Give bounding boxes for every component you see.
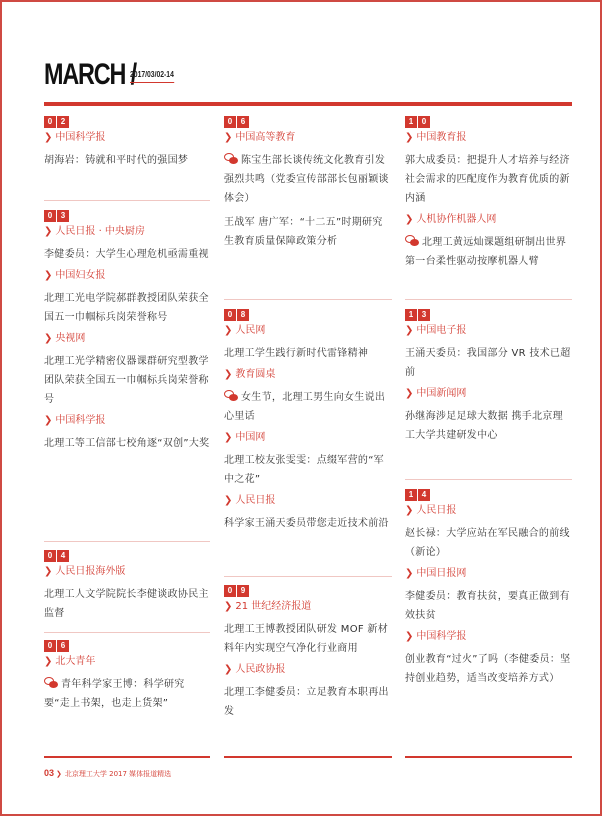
date-digit: 0 xyxy=(224,116,236,128)
date-digit: 0 xyxy=(44,210,56,222)
date-digit: 2 xyxy=(57,116,69,128)
source-link[interactable]: ❯中国科学报 xyxy=(44,414,210,428)
source-link[interactable]: ❯中国新闻网 xyxy=(405,387,572,401)
entry-day-10: 10 ❯中国教育报 郭大成委员：把提升人才培养与经济社会需求的匹配度作为教育优质… xyxy=(405,116,572,276)
headline-link[interactable]: 北理工李健委员：立足教育本职再出发 xyxy=(224,683,392,721)
headline-link[interactable]: 孙继海涉足足球大数据 携手北京理工大学共建研发中心 xyxy=(405,407,572,445)
chevron-right-icon: ❯ xyxy=(405,132,413,143)
source-name: 中国日报网 xyxy=(416,568,466,579)
wechat-icon xyxy=(405,235,419,246)
date-badge: 06 xyxy=(224,116,392,128)
wechat-icon xyxy=(44,677,58,688)
headline-link[interactable]: 王涌天委员：我国部分 VR 技术已超前 xyxy=(405,344,572,382)
date-digit: 0 xyxy=(224,309,236,321)
source-name: 中国妇女报 xyxy=(55,270,105,281)
chevron-right-icon: ❯ xyxy=(44,415,52,426)
source-name: 人民日报 xyxy=(235,495,275,506)
chevron-right-icon: ❯ xyxy=(405,568,413,579)
date-digit: 0 xyxy=(44,116,56,128)
source-link[interactable]: ❯中国科学报 xyxy=(405,630,572,644)
source-link[interactable]: ❯人机协作机器人网 xyxy=(405,213,572,227)
date-digit: 3 xyxy=(57,210,69,222)
chevron-right-icon: ❯ xyxy=(224,495,232,506)
headline-link[interactable]: 王战军 唐广军：“十二五”时期研究生教育质量保障政策分析 xyxy=(224,213,392,251)
wechat-icon xyxy=(224,153,238,164)
headline-link[interactable]: 赵长禄：大学应站在军民融合的前线（新论） xyxy=(405,524,572,562)
chevron-right-icon: ❯ xyxy=(44,566,52,577)
divider xyxy=(224,576,392,577)
source-link[interactable]: ❯央视网 xyxy=(44,332,210,346)
headline-link[interactable]: 郭大成委员：把提升人才培养与经济社会需求的匹配度作为教育优质的新内涵 xyxy=(405,151,572,208)
date-digit: 1 xyxy=(405,116,417,128)
source-name: 中国新闻网 xyxy=(416,388,466,399)
source-link[interactable]: ❯人民日报 xyxy=(224,494,392,508)
chevron-right-icon: ❯ xyxy=(56,770,62,778)
entry-day-14: 14 ❯人民日报 赵长禄：大学应站在军民融合的前线（新论） ❯中国日报网 李健委… xyxy=(405,489,572,693)
headline-link[interactable]: 李健委员：教育扶贫，要真正做到有效扶贫 xyxy=(405,587,572,625)
source-name: 中国高等教育 xyxy=(235,132,295,143)
divider xyxy=(405,479,572,480)
headline-link[interactable]: 科学家王涌天委员带您走近技术前沿 xyxy=(224,514,392,533)
chevron-right-icon: ❯ xyxy=(224,132,232,143)
month-title: MARCH / xyxy=(44,58,136,92)
source-link[interactable]: ❯中国电子报 xyxy=(405,324,572,338)
headline-text: 北理工黄远灿课题组研制出世界第一台柔性驱动按摩机器人臂 xyxy=(405,237,566,267)
chevron-right-icon: ❯ xyxy=(405,214,413,225)
source-name: 人机协作机器人网 xyxy=(416,214,496,225)
source-name: 21 世纪经济报道 xyxy=(235,601,311,612)
source-name: 中国教育报 xyxy=(416,132,466,143)
date-digit: 6 xyxy=(237,116,249,128)
column-3-bottom-rule xyxy=(405,756,572,758)
column-2-bottom-rule xyxy=(224,756,392,758)
column-3: 10 ❯中国教育报 郭大成委员：把提升人才培养与经济社会需求的匹配度作为教育优质… xyxy=(405,116,572,746)
entry-day-03: 03 ❯人民日报 · 中央厨房 李健委员：大学生心理危机亟需重视 ❯中国妇女报 … xyxy=(44,210,210,458)
source-link[interactable]: ❯人民政协报 xyxy=(224,663,392,677)
source-name: 中国网 xyxy=(235,432,265,443)
chevron-right-icon: ❯ xyxy=(44,270,52,281)
date-digit: 0 xyxy=(44,640,56,652)
page-footer: 03❯北京理工大学 2017 媒体报道精选 xyxy=(44,768,171,779)
date-digit: 3 xyxy=(418,309,430,321)
chevron-right-icon: ❯ xyxy=(44,333,52,344)
date-badge: 13 xyxy=(405,309,572,321)
chevron-right-icon: ❯ xyxy=(224,664,232,675)
date-digit: 4 xyxy=(57,550,69,562)
chevron-right-icon: ❯ xyxy=(44,226,52,237)
source-name: 人民日报 xyxy=(416,505,456,516)
date-badge: 06 xyxy=(44,640,210,652)
source-name: 中国科学报 xyxy=(55,132,105,143)
headline-link[interactable]: 李健委员：大学生心理危机亟需重视 xyxy=(44,245,210,264)
source-name: 央视网 xyxy=(55,333,85,344)
date-digit: 0 xyxy=(418,116,430,128)
date-digit: 6 xyxy=(57,640,69,652)
source-link[interactable]: ❯中国高等教育 xyxy=(224,131,392,145)
source-link[interactable]: ❯21 世纪经济报道 xyxy=(224,600,392,614)
headline-link[interactable]: 创业教育“过火”了吗（李健委员：坚持创业趋势，适当改变培养方式） xyxy=(405,650,572,688)
column-1: 02 ❯中国科学报 胡海岩：铸就和平时代的强国梦 03 ❯人民日报 · 中央厨房… xyxy=(44,116,210,746)
divider xyxy=(224,299,392,300)
source-name: 北大青年 xyxy=(55,656,95,667)
date-badge: 03 xyxy=(44,210,210,222)
source-link[interactable]: ❯北大青年 xyxy=(44,655,210,669)
entry-day-06: 06 ❯中国高等教育 陈宝生部长谈传统文化教育引发强烈共鸣（党委宣传部部长包丽颖… xyxy=(224,116,392,256)
divider xyxy=(44,200,210,201)
source-link[interactable]: ❯人民日报 · 中央厨房 xyxy=(44,225,210,239)
chevron-right-icon: ❯ xyxy=(224,325,232,336)
source-name: 中国电子报 xyxy=(416,325,466,336)
divider xyxy=(405,299,572,300)
date-badge: 09 xyxy=(224,585,392,597)
page-number: 03 xyxy=(44,768,54,778)
chevron-right-icon: ❯ xyxy=(224,432,232,443)
chevron-right-icon: ❯ xyxy=(405,631,413,642)
chevron-right-icon: ❯ xyxy=(405,505,413,516)
date-badge: 08 xyxy=(224,309,392,321)
headline-link[interactable]: 北理工王博教授团队研发 MOF 新材料年内实现空气净化行业商用 xyxy=(224,620,392,658)
source-link[interactable]: ❯人民日报 xyxy=(405,504,572,518)
headline-link[interactable]: 胡海岩：铸就和平时代的强国梦 xyxy=(44,151,210,170)
headline-text: 陈宝生部长谈传统文化教育引发强烈共鸣（党委宣传部部长包丽颖谈体会） xyxy=(224,155,389,204)
wechat-icon xyxy=(224,390,238,401)
headline-link[interactable]: 女生节，北理工男生向女生说出心里话 xyxy=(224,388,392,426)
chevron-right-icon: ❯ xyxy=(224,601,232,612)
source-link[interactable]: ❯中国日报网 xyxy=(405,567,572,581)
date-digit: 1 xyxy=(405,309,417,321)
entry-day-09: 09 ❯21 世纪经济报道 北理工王博教授团队研发 MOF 新材料年内实现空气净… xyxy=(224,585,392,726)
column-2: 06 ❯中国高等教育 陈宝生部长谈传统文化教育引发强烈共鸣（党委宣传部部长包丽颖… xyxy=(224,116,392,746)
date-digit: 1 xyxy=(405,489,417,501)
column-1-bottom-rule xyxy=(44,756,210,758)
source-link[interactable]: ❯人民日报海外版 xyxy=(44,565,210,579)
headline-link[interactable]: 北理工等工信部七校角逐“双创”大奖 xyxy=(44,434,210,453)
source-name: 教育圆桌 xyxy=(235,369,275,380)
date-digit: 0 xyxy=(44,550,56,562)
headline-link[interactable]: 青年科学家王博：科学研究要“走上书架，也走上货架” xyxy=(44,675,210,713)
source-link[interactable]: ❯教育圆桌 xyxy=(224,368,392,382)
divider xyxy=(44,541,210,542)
source-name: 人民日报海外版 xyxy=(55,566,125,577)
headline-link[interactable]: 北理工学生践行新时代雷锋精神 xyxy=(224,344,392,363)
chevron-right-icon: ❯ xyxy=(405,388,413,399)
headline-text: 青年科学家王博：科学研究要“走上书架，也走上货架” xyxy=(44,679,185,709)
source-name: 中国科学报 xyxy=(55,415,105,426)
date-digit: 4 xyxy=(418,489,430,501)
divider xyxy=(44,632,210,633)
source-link[interactable]: ❯人民网 xyxy=(224,324,392,338)
source-link[interactable]: ❯中国教育报 xyxy=(405,131,572,145)
entry-day-04: 04 ❯人民日报海外版 北理工人文学院院长李健谈政协民主监督 xyxy=(44,550,210,628)
headline-text: 女生节，北理工男生向女生说出心里话 xyxy=(224,392,385,422)
headline-link[interactable]: 北理工校友张雯雯：点缀军营的“军中之花” xyxy=(224,451,392,489)
date-digit: 9 xyxy=(237,585,249,597)
source-name: 人民日报 · 中央厨房 xyxy=(55,226,145,237)
source-link[interactable]: ❯中国网 xyxy=(224,431,392,445)
entry-day-02: 02 ❯中国科学报 胡海岩：铸就和平时代的强国梦 xyxy=(44,116,210,175)
header-rule xyxy=(44,102,572,106)
source-name: 人民网 xyxy=(235,325,265,336)
headline-link[interactable]: 北理工光电学院郝群教授团队荣获全国五一巾帼标兵岗荣誉称号 xyxy=(44,289,210,327)
headline-link[interactable]: 陈宝生部长谈传统文化教育引发强烈共鸣（党委宣传部部长包丽颖谈体会） xyxy=(224,151,392,208)
date-range: 2017/03/02-14 xyxy=(130,70,174,83)
chevron-right-icon: ❯ xyxy=(224,369,232,380)
source-name: 人民政协报 xyxy=(235,664,285,675)
date-badge: 14 xyxy=(405,489,572,501)
headline-link[interactable]: 北理工人文学院院长李健谈政协民主监督 xyxy=(44,585,210,623)
date-digit: 0 xyxy=(224,585,236,597)
entry-day-06: 06 ❯北大青年 青年科学家王博：科学研究要“走上书架，也走上货架” xyxy=(44,640,210,718)
date-badge: 02 xyxy=(44,116,210,128)
entry-day-13: 13 ❯中国电子报 王涌天委员：我国部分 VR 技术已超前 ❯中国新闻网 孙继海… xyxy=(405,309,572,450)
chevron-right-icon: ❯ xyxy=(44,656,52,667)
date-badge: 04 xyxy=(44,550,210,562)
chevron-right-icon: ❯ xyxy=(405,325,413,336)
entry-day-08: 08 ❯人民网 北理工学生践行新时代雷锋精神 ❯教育圆桌 女生节，北理工男生向女… xyxy=(224,309,392,538)
source-link[interactable]: ❯中国科学报 xyxy=(44,131,210,145)
date-digit: 8 xyxy=(237,309,249,321)
chevron-right-icon: ❯ xyxy=(44,132,52,143)
source-link[interactable]: ❯中国妇女报 xyxy=(44,269,210,283)
source-name: 中国科学报 xyxy=(416,631,466,642)
date-badge: 10 xyxy=(405,116,572,128)
headline-link[interactable]: 北理工黄远灿课题组研制出世界第一台柔性驱动按摩机器人臂 xyxy=(405,233,572,271)
publication-title: 北京理工大学 2017 媒体报道精选 xyxy=(65,770,171,778)
headline-link[interactable]: 北理工光学精密仪器课群研究型教学团队荣获全国五一巾帼标兵岗荣誉称号 xyxy=(44,352,210,409)
